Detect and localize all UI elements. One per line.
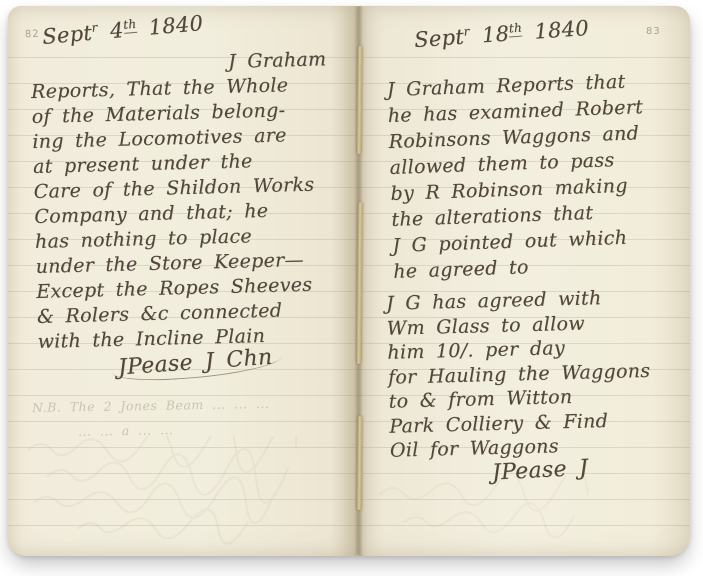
ghost-writing xyxy=(18,436,348,546)
year-left: 1840 xyxy=(148,11,205,40)
date-heading-left: Septr 4th 1840 xyxy=(41,11,204,49)
report-paragraph-1: J Graham Reports that he has examined Ro… xyxy=(386,67,679,285)
left-page: 82 Septr 4th 1840 J Graham Reports, That… xyxy=(8,6,358,556)
binding-stitch xyxy=(357,416,363,510)
notebook: 82 Septr 4th 1840 J Graham Reports, That… xyxy=(8,6,690,556)
report-paragraph-2: J G has agreed with Wm Glass to allow hi… xyxy=(386,284,676,463)
signature-right: JPease J xyxy=(485,455,599,488)
day-sup-left: th xyxy=(123,17,138,34)
pencil-note-line: ... ... a ... ... xyxy=(78,422,174,439)
day-sup-right: th xyxy=(508,21,522,38)
report-body-left: J Graham Reports, That the Whole of the … xyxy=(30,47,342,355)
month-sup-right: r xyxy=(463,24,470,38)
page-number-right: 83 xyxy=(646,26,661,37)
month-sup-left: r xyxy=(91,20,98,34)
date-heading-right: Septr 18th 1840 xyxy=(413,16,589,52)
page-number-left: 82 xyxy=(25,29,40,41)
manuscript-photo: 82 Septr 4th 1840 J Graham Reports, That… xyxy=(0,0,703,576)
ghost-writing xyxy=(364,476,664,546)
day-right: 18 xyxy=(481,21,510,47)
year-right: 1840 xyxy=(533,16,589,44)
right-page: 83 Septr 18th 1840 J Graham Reports that… xyxy=(358,6,690,556)
pencil-note-line: N.B. The 2 Jones Beam ... ... ... xyxy=(32,396,270,415)
month-right: Sept xyxy=(413,25,464,52)
month-left: Sept xyxy=(41,21,93,49)
